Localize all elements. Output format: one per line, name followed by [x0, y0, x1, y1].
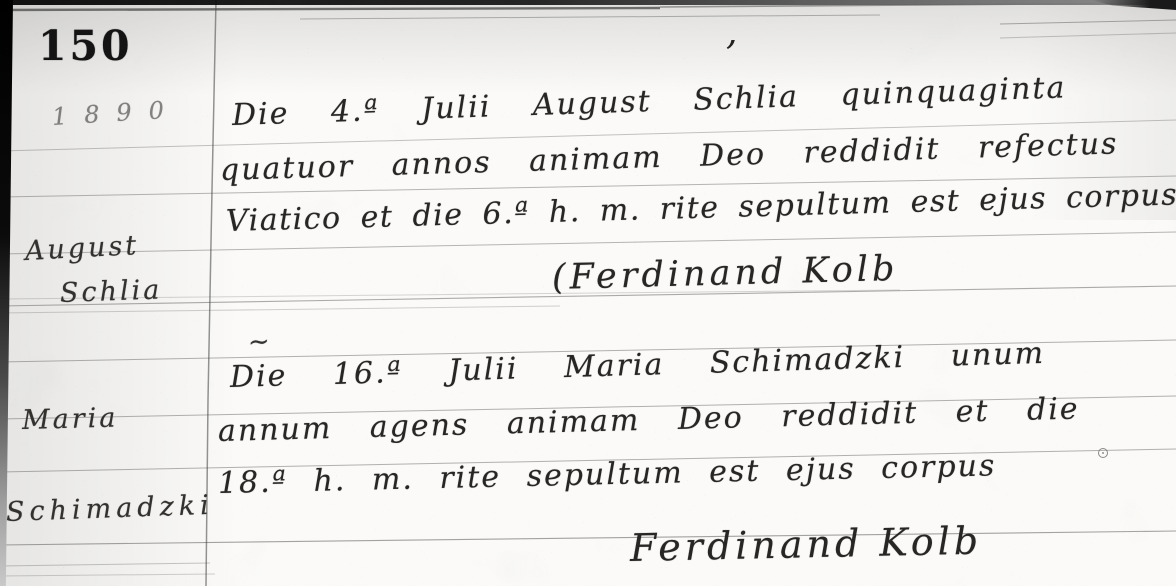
margin-name-schlia: Schlia [59, 274, 162, 309]
entry1-signature: (Ferdinand Kolb [551, 249, 898, 298]
page-number: 150 [38, 22, 133, 70]
margin-name-august: August [24, 230, 140, 267]
entry1-line3: Viatico et die 6.ª h. m. rite sepultum e… [226, 177, 1176, 239]
entry1-line2: quatuor annos animam Deo reddidit refect… [219, 126, 1118, 188]
pen-flourish-mark: ~ [247, 327, 271, 358]
scan-edge-top [0, 0, 1176, 5]
entry2-signature: Ferdinand Kolb [630, 519, 983, 570]
scanned-register-page: 150 1890 August Schlia Maria Schimadzki … [0, 0, 1176, 586]
ink-circle-mark [1098, 448, 1108, 458]
entry2-line3: 18.ª h. m. rite sepultum est ejus corpus [218, 448, 997, 501]
entry2-line2: annum agens animam Deo reddidit et die [218, 391, 1080, 449]
entry2-line1: Die 16.ª Julii Maria Schimadzki unum [229, 336, 1045, 395]
margin-name-maria: Maria [22, 402, 119, 436]
ink-comma-mark: , [726, 12, 737, 53]
